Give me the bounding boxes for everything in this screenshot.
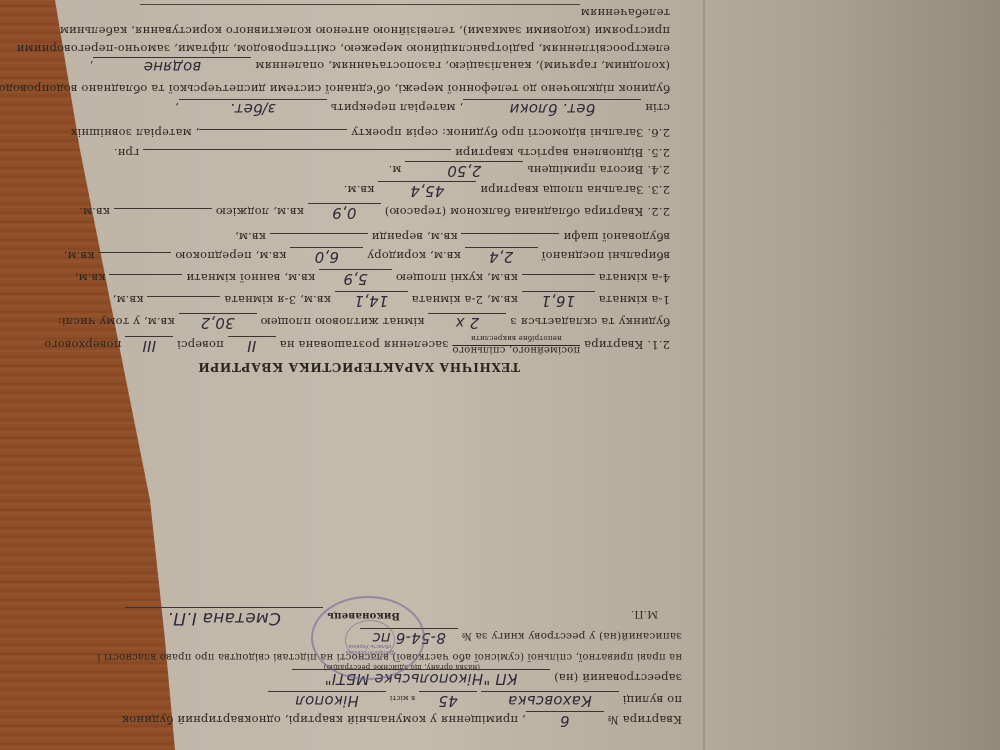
total-area-unit: кв.м. [343,183,374,197]
total-area-value: 45,4 [378,181,476,200]
kitchen-label: кв.м, кухні площею [396,271,518,285]
stamp-inner-text: Дніпропетровська область Україна [345,620,395,660]
rooms-line: 1-а кімната 16,1 кв.м, 2-а кімната 14,1 … [113,291,670,310]
street-label: по вулиці [623,693,682,707]
veranda-unit: кв.м, [235,230,266,244]
toilet-label: вбиральні поєднаної [541,249,670,263]
item-2-6-line1: 2.6. Загальні відомості про будинок: сер… [71,126,670,140]
balcony-value: 0,9 [308,203,381,222]
apt-suffix: , приміщення у комунальній квартирі, одн… [122,713,526,727]
house-number-value: 45 [419,691,477,710]
loggia-unit: кв.м. [79,205,110,219]
walls-value: бет. блоки [463,99,641,118]
utilities-line: (холодним, гарячим), каналізацією, газоп… [90,57,670,76]
toilet-line: вбиральні поєднаної 2,4 кв.м, коридору 6… [64,247,671,266]
technical-passport-page: Квартира № 6, приміщення у комунальній к… [0,0,1000,750]
room1-value: 16,1 [522,291,595,310]
registry-label: записаний(на) у реєстрову книгу за № [462,630,682,642]
official-stamp: Дніпропетровська область Україна [311,596,425,680]
room4-value [522,274,595,275]
item-2-6-line2: стін бет. блоки, матеріал перекрить з/бе… [175,99,670,118]
bathroom-label: кв.м, ванної кімнати [186,271,315,285]
corridor-value: 6,0 [290,247,363,266]
restored-value [143,149,451,150]
street-value: Каховська [481,691,619,710]
walls-prefix: стін [645,101,670,115]
living-area-label: кімнат житловою площею [260,315,424,329]
registered-label: зареєстрований (на) [554,671,682,685]
room4-label: 4-а кімната [599,271,670,285]
item-2-1-line1: 2.1. Квартира посімейного, спільного неп… [44,333,670,355]
seal-label: М.П. [631,608,658,620]
ceiling-height-label: 2.4. Висота приміщень [527,163,670,177]
section-title: ТЕХНІЧНА ХАРАКТЕРИСТИКА КВАРТИРИ [198,360,520,374]
rooms-prefix: будинку та складається з [510,315,670,329]
veranda-value [270,233,368,234]
ceiling-height-unit: м. [388,163,401,177]
hall-label: кв.м, передпокою [175,249,286,263]
toilet-value: 2,4 [465,247,538,266]
storeys-label: поверхового [44,338,121,352]
item-2-1-line2: будинку та складається з 2 х кімнат житл… [58,313,670,332]
walls-label: , матеріал зовнішніх [71,126,200,140]
kitchen-value: 5,9 [319,269,392,288]
room3-value [147,296,220,297]
loggia-label: кв.м, лоджією [216,205,304,219]
kitchen-line: 4-а кімната кв.м, кухні площею 5,9 кв.м,… [75,269,670,288]
rooms-count-value: 2 х [428,313,506,332]
city-label: в місті [390,694,415,702]
bathroom-unit: кв.м, [75,271,106,285]
apt-label: Квартира № [608,713,682,727]
item-2-5-line: 2.5. Відновлена вартість квартири грн. [114,146,670,160]
utilities-text: (холодним, гарячим), каналізацією, газоп… [255,59,670,73]
corridor-label: кв.м, коридору [367,249,461,263]
room3-unit: кв.м, [113,293,144,307]
closet-value [462,233,560,234]
floor-label: поверсі [177,338,224,352]
apartment-type-options: посімейного, спільного [452,344,580,355]
building-info-label: 2.6. Загальні відомості про будинок: сер… [351,126,670,140]
living-area-value: 30,2 [179,313,257,332]
extra-utilities-text-1: електроосвітленням, радіотрансляційною м… [17,42,670,56]
hall-value [98,252,171,253]
ceiling-material-label: , матеріал перекрить [331,101,464,115]
room2-label: кв.м, 2-а кімната [412,293,518,307]
apt-number-value: 6 [526,711,604,730]
extra-utilities-text-2: пристроями (кодовими замками), телевізій… [60,24,670,38]
floor-value: II [228,336,276,355]
total-area-label: 2.3. Загальна площа квартири [480,183,670,197]
heating-value: водяне [93,57,251,76]
item-2-2-line: 2.2. Квартира обладнана балконом (терасо… [79,203,670,222]
restored-value-label: 2.5. Відновлена вартість квартири [455,146,670,160]
street-line: по вулиці Каховська 45 в місті Нікопол [268,691,682,710]
ceiling-material-value: з/бет. [179,99,327,118]
living-area-unit: кв.м, у тому числі: [58,315,175,329]
storeys-value: III [125,336,173,355]
room1-label: 1-а кімната [599,293,670,307]
apartment-type-hint: непотрібне викреслити [471,334,562,342]
closet-line: вбудованої шафи кв.м, веранди кв.м, [235,230,670,244]
bathroom-value [109,274,182,275]
item-2-4-line: 2.4. Висота приміщень 2,50 м. [388,161,670,180]
registered-value: КП "Нікопольське МБТІ" [292,669,550,688]
item-2-1-label: 2.1. Квартира [584,338,670,352]
apartment-number-line: Квартира № 6, приміщення у комунальній к… [122,711,682,730]
room2-value: 14,1 [335,291,408,310]
project-series-value [199,129,347,130]
executor-signature: Сметана І.П. [125,607,323,628]
ceiling-height-value: 2,50 [405,161,523,180]
extra-utilities-text-3: телебаченням [581,6,670,20]
room3-label: кв.м, 3-я кімната [224,293,331,307]
hall-unit: кв.м, [64,249,95,263]
phone-network-text: будинок підключено до телефонної мережі,… [0,82,670,96]
blank-rule-1 [140,4,580,5]
city-value: Нікопол [268,691,386,710]
balcony-label: 2.2. Квартира обладнана балконом (терасо… [385,205,670,219]
loggia-value [114,208,212,209]
item-2-3-line: 2.3. Загальна площа квартири 45,4 кв.м. [343,181,670,200]
closet-label: вбудованої шафи [563,230,670,244]
text-location: заселення розташована на [280,338,449,352]
veranda-label: кв.м, веранди [372,230,458,244]
restored-value-unit: грн. [114,146,140,160]
